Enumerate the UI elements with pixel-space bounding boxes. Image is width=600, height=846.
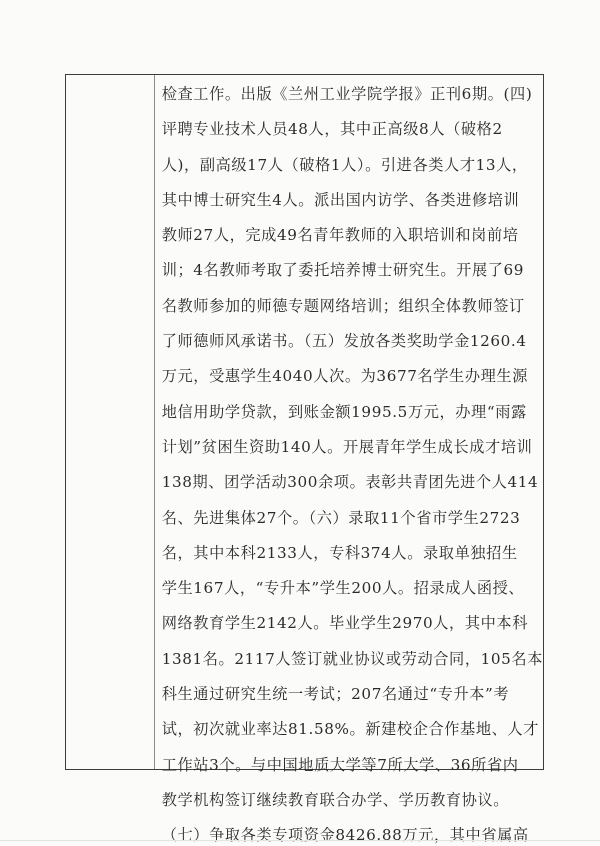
text-line: 科生通过研究生统一考试；207名通过“专升本”考	[162, 677, 543, 712]
text-line: 检查工作。出版《兰州工业学院学报》正刊6期。(四)	[162, 77, 543, 112]
text-line: 138期、团学活动300余项。表彰共青团先进个人414	[162, 465, 543, 500]
text-line: 名，其中本科2133人，专科374人。录取单独招生	[162, 536, 543, 571]
text-line: 训；4名教师考取了委托培养博士研究生。开展了69	[162, 253, 543, 288]
text-line: 地信用助学贷款，到账金额1995.5万元，办理“雨露	[162, 395, 543, 430]
text-line: 人)，副高级17人（破格1人）。引进各类人才13人，	[162, 148, 543, 183]
text-line: 评聘专业技术人员48人，其中正高级8人（破格2	[162, 112, 543, 147]
text-line: 学生167人，“专升本”学生200人。招录成人函授、	[162, 571, 543, 606]
text-line: 网络教育学生2142人。毕业学生2970人，其中本科	[162, 606, 543, 641]
text-line: 教师27人，完成49名青年教师的入职培训和岗前培	[162, 218, 543, 253]
text-line: 了师德师风承诺书。（五）发放各类奖助学金1260.4	[162, 324, 543, 359]
table-content-cell: 检查工作。出版《兰州工业学院学报》正刊6期。(四) 评聘专业技术人员48人，其中…	[155, 75, 543, 769]
text-line: 名教师参加的师德专题网络培训；组织全体教师签订	[162, 289, 543, 324]
text-line: 工作站3个。与中国地质大学等7所大学、36所省内	[162, 748, 543, 783]
text-line: 试，初次就业率达81.58%。新建校企合作基地、人才	[162, 712, 543, 747]
text-line: 名、先进集体27个。（六）录取11个省市学生2723	[162, 501, 543, 536]
document-table: 检查工作。出版《兰州工业学院学报》正刊6期。(四) 评聘专业技术人员48人，其中…	[65, 74, 544, 770]
text-line: 教学机构签订继续教育联合办学、学历教育协议。	[162, 783, 543, 818]
text-line: （七）争取各类专项资金8426.88万元，其中省属高	[162, 818, 543, 846]
text-line: 其中博士研究生4人。派出国内访学、各类进修培训	[162, 183, 543, 218]
text-line: 1381名。2117人签订就业协议或劳动合同，105名本	[162, 642, 543, 677]
scan-page-edge	[0, 840, 600, 841]
text-line: 计划”贫困生资助140人。开展青年学生成长成才培训	[162, 430, 543, 465]
table-label-cell	[66, 75, 155, 769]
text-line: 万元，受惠学生4040人次。为3677名学生办理生源	[162, 359, 543, 394]
